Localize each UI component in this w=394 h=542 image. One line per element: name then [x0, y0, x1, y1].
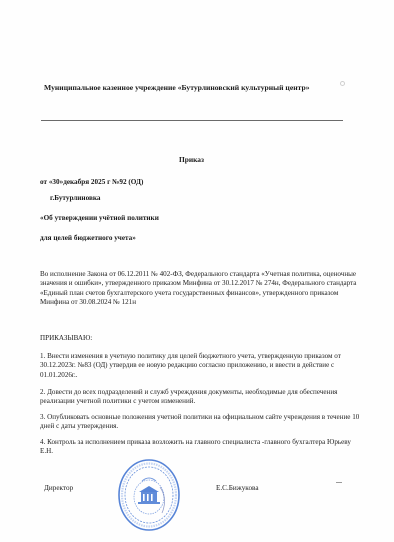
- header-divider: [41, 120, 343, 121]
- scan-dash-mark: [336, 482, 342, 483]
- signature-role: Директор: [44, 484, 73, 492]
- order-heading: ПРИКАЗЫВАЮ:: [40, 334, 360, 343]
- order-item-3: 3. Опубликовать основные положения учетн…: [40, 413, 360, 432]
- organization-name: Муниципальное казенное учреждение «Бутур…: [44, 83, 310, 92]
- signature-name: Е.С.Бижукова: [216, 484, 259, 492]
- order-item-4: 4. Контроль за исполнением приказа возло…: [40, 438, 360, 457]
- city-line: г.Бутурлиновка: [50, 194, 101, 202]
- document-page: Муниципальное казенное учреждение «Бутур…: [0, 0, 394, 542]
- subject-line-2: для целей бюджетного учета»: [40, 234, 136, 242]
- subject-line-1: «Об утверждении учётной политики: [40, 214, 159, 222]
- preamble-paragraph: Во исполнение Закона от 06.12.2011 № 402…: [40, 270, 360, 308]
- date-number-line: от «30»декабря 2025 г №92 (ОД): [40, 178, 143, 186]
- order-item-2: 2. Довести до всех подразделений и служб…: [40, 388, 360, 407]
- order-item-1: 1. Внести изменения в учетную политику д…: [40, 352, 360, 380]
- official-seal-icon: [116, 457, 182, 533]
- document-title: Приказ: [179, 155, 204, 164]
- scan-speck: [340, 81, 345, 86]
